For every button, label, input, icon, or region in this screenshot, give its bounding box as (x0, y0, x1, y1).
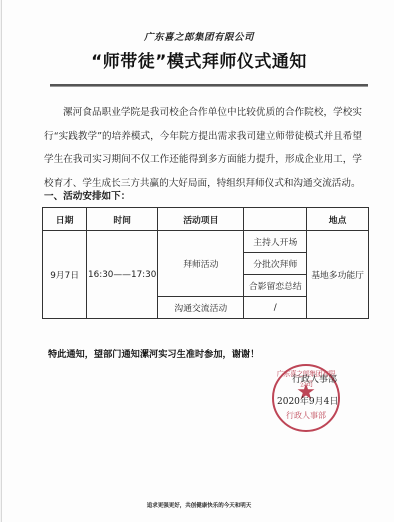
header-divider (50, 84, 368, 87)
signature-department: 行政人事部 (292, 372, 337, 385)
company-name: 广东喜之郎集团有限公司 (2, 29, 394, 43)
cell-step: 合影留恋总结 (244, 275, 307, 297)
cell-date: 9月7日 (43, 231, 87, 319)
table-row: 9月7日 16:30——17:30 拜师活动 主持人开场 基地多功能厅 (43, 231, 369, 253)
footer-slogan: 追求更强更好，共创健康快乐的今天和明天 (2, 501, 394, 509)
table-header-row: 日期 时间 活动项目 地点 (43, 208, 369, 231)
cell-step: / (244, 297, 307, 319)
header-activity: 活动项目 (158, 208, 244, 231)
cell-place: 基地多功能厅 (307, 231, 369, 319)
cell-time: 16:30——17:30 (87, 231, 158, 319)
cell-step: 主持人开场 (244, 231, 307, 253)
seal-department: 行政人事部 (274, 410, 338, 421)
header-date: 日期 (43, 208, 87, 231)
header-time: 时间 (87, 208, 158, 231)
schedule-table: 日期 时间 活动项目 地点 9月7日 16:30——17:30 拜师活动 主持人… (42, 207, 369, 319)
header-place: 地点 (307, 208, 369, 231)
signature-date: 2020年9月4日 (277, 394, 338, 407)
notice-body: 漯河食品职业学院是我司校企合作单位中比较优质的合作院校，学校实行“实践教学”的培… (44, 101, 362, 195)
cell-step: 分批次拜师 (244, 253, 307, 275)
cell-activity-exchange: 沟通交流活动 (158, 297, 244, 319)
closing-text: 特此通知，望部门通知漯河实习生准时参加，谢谢！ (48, 346, 259, 360)
header-step (244, 208, 307, 231)
section-heading: 一、活动安排如下： (44, 188, 130, 202)
cell-activity-ceremony: 拜师活动 (158, 231, 244, 297)
notice-title: “师带徒”模式拜师仪式通知 (2, 47, 394, 72)
document-page: 广东喜之郎集团有限公司 “师带徒”模式拜师仪式通知 漯河食品职业学院是我司校企合… (1, 0, 394, 522)
